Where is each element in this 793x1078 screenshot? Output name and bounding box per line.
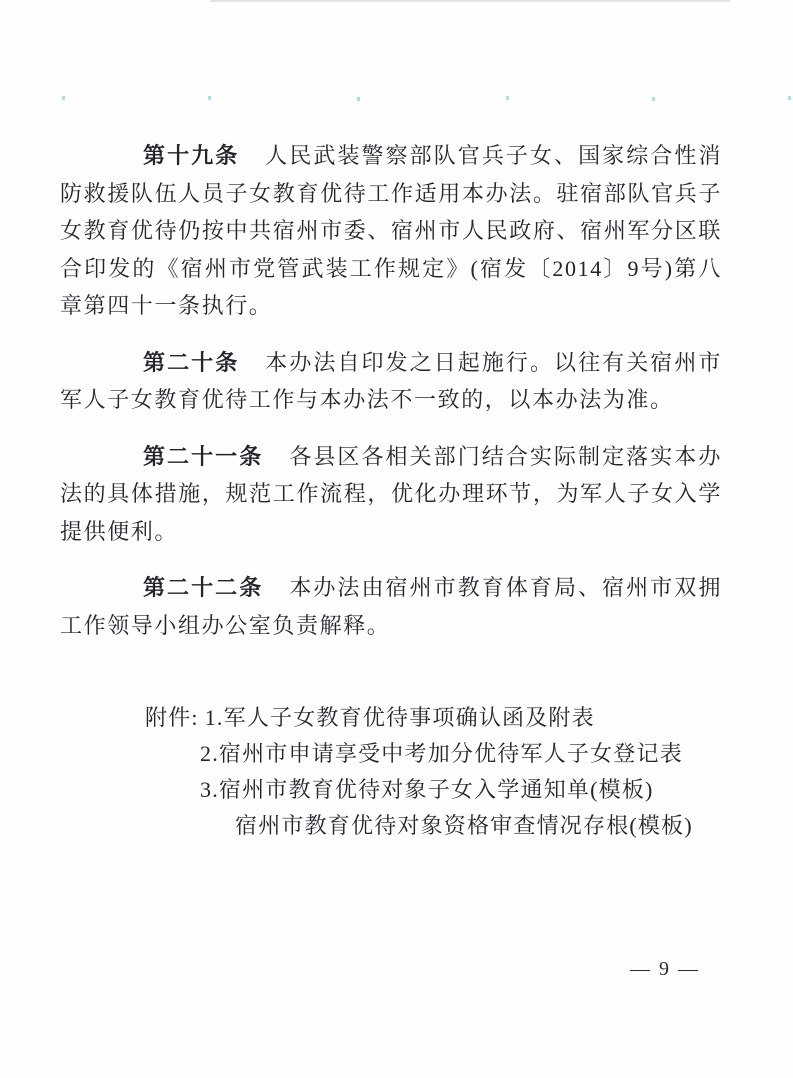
attachment-item: 3.宿州市教育优待对象子女入学通知单(模板) [200,777,654,802]
scan-artifact [210,0,730,2]
document-page: 第十九条人民武装警察部队官兵子女、国家综合性消防救援队伍人员子女教育优待工作适用… [0,0,793,1078]
attachments-block: 附件:1.军人子女教育优待事项确认函及附表 2.宿州市申请享受中考加分优待军人子… [60,700,722,844]
scan-artifact [788,96,791,100]
article-number: 第二十一条 [143,444,263,469]
scan-artifact [652,97,655,101]
page-number: — 9 — [600,958,730,981]
article-paragraph-20: 第二十条本办法自印发之日起施行。以往有关宿州市军人子女教育优待工作与本办法不一致… [60,344,722,419]
attachment-line: 附件:1.军人子女教育优待事项确认函及附表 [60,700,722,736]
article-paragraph-19: 第十九条人民武装警察部队官兵子女、国家综合性消防救援队伍人员子女教育优待工作适用… [60,137,722,325]
scan-artifact [506,96,509,100]
article-paragraph-22: 第二十二条本办法由宿州市教育体育局、宿州市双拥工作领导小组办公室负责解释。 [60,569,722,644]
attachment-item: 1.军人子女教育优待事项确认函及附表 [205,705,595,730]
article-number: 第二十二条 [143,575,263,600]
scan-artifact [62,96,65,100]
attachment-item: 2.宿州市申请享受中考加分优待军人子女登记表 [200,741,683,766]
article-number: 第十九条 [143,143,239,168]
article-number: 第二十条 [143,350,239,375]
attachment-line: 3.宿州市教育优待对象子女入学通知单(模板) [60,772,722,808]
attachment-line: 2.宿州市申请享受中考加分优待军人子女登记表 [60,736,722,772]
scan-artifact [357,97,360,101]
attachment-item: 宿州市教育优待对象资格审查情况存根(模板) [235,813,693,838]
attachments-label: 附件: [145,705,199,730]
document-body: 第十九条人民武装警察部队官兵子女、国家综合性消防救援队伍人员子女教育优待工作适用… [60,137,722,844]
attachment-line: 宿州市教育优待对象资格审查情况存根(模板) [60,808,722,844]
scan-artifact [208,96,211,100]
article-text: 人民武装警察部队官兵子女、国家综合性消防救援队伍人员子女教育优待工作适用本办法。… [60,143,722,318]
article-paragraph-21: 第二十一条各县区各相关部门结合实际制定落实本办法的具体措施，规范工作流程，优化办… [60,438,722,551]
